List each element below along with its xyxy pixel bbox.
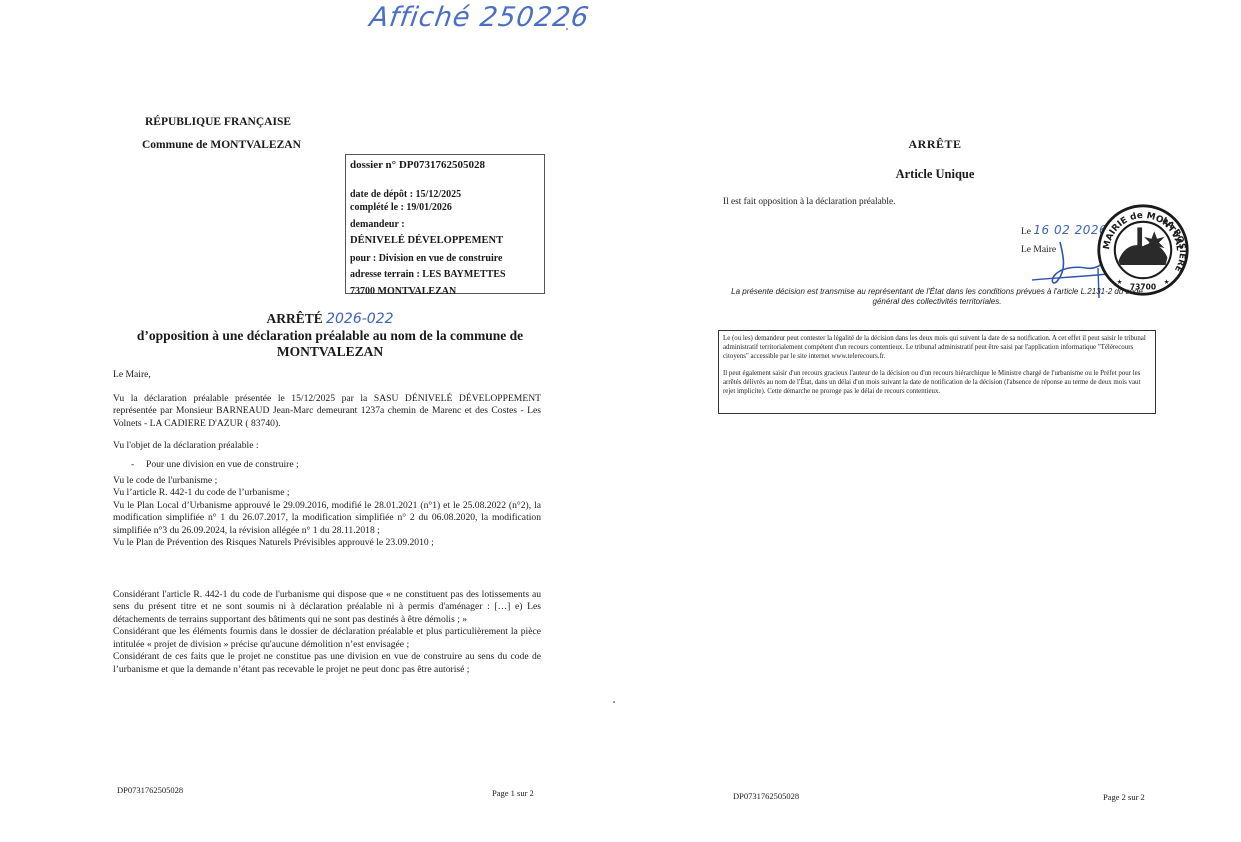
footer-reference: DP0731762505028 [733, 791, 799, 801]
arrete-heading: ARRÊTE [870, 137, 1000, 152]
dossier-number: dossier n° DP0731762505028 [350, 158, 540, 173]
land-city: 73700 MONTVALEZAN [350, 285, 540, 299]
vu-list: Vu le code de l'urbanisme ; Vu l’article… [113, 475, 541, 550]
commune-header: Commune de MONTVALEZAN [142, 139, 301, 151]
considerant-item: Considérant l'article R. 442-1 du code d… [113, 589, 541, 626]
scan-speck [566, 28, 568, 30]
svg-text:★: ★ [1117, 278, 1123, 286]
scan-speck [613, 701, 615, 703]
appeal-gracious-text: Il peut également saisir d'un recours gr… [723, 369, 1151, 397]
vu-objet: Vu l'objet de la déclaration préalable : [113, 440, 541, 452]
footer-page-number: Page 2 sur 2 [1103, 792, 1145, 802]
dossier-info-box: dossier n° DP0731762505028 date de dépôt… [345, 154, 545, 294]
decree-number-handwritten: 2026-022 [326, 311, 393, 327]
objet-item: -Pour une division en vue de construire … [131, 459, 299, 470]
appeal-contentious-text: Le (ou les) demandeur peut contester la … [723, 334, 1151, 362]
mayor-salutation: Le Maire, [113, 369, 541, 381]
decree-subtitle: d’opposition à une déclaration préalable… [110, 328, 550, 344]
decree-title: ARRÊTÉ 2026-022 d’opposition à une décla… [110, 311, 550, 360]
handwritten-posting-note: Affiché 250226 [368, 2, 592, 33]
vu-declaration: Vu la déclaration préalable présentée le… [113, 393, 541, 430]
completed-date: complété le : 19/01/2026 [350, 201, 540, 215]
applicant-name: DÉNIVELÉ DÉVELOPPEMENT [350, 234, 540, 248]
land-address: adresse terrain : LES BAYMETTES [350, 268, 540, 282]
vu-item: Vu l’article R. 442-1 du code de l’urban… [113, 487, 541, 499]
considerant-list: Considérant l'article R. 442-1 du code d… [113, 589, 541, 676]
svg-text:★: ★ [1164, 278, 1170, 286]
considerant-item: Considérant que les éléments fournis dan… [113, 626, 541, 651]
objet-item-text: Pour une division en vue de construire ; [146, 459, 299, 470]
purpose: pour : Division en vue de construire [350, 252, 540, 266]
article-heading: Article Unique [860, 167, 1010, 182]
republic-header: RÉPUBLIQUE FRANÇAISE [145, 116, 291, 128]
vu-item: Vu le code de l'urbanisme ; [113, 475, 541, 487]
footer-reference: DP0731762505028 [117, 785, 183, 795]
decree-heading: ARRÊTÉ [266, 311, 326, 326]
decision-text: Il est fait opposition à la déclaration … [723, 197, 895, 207]
appeal-rights-box: Le (ou les) demandeur peut contester la … [718, 330, 1156, 414]
vu-item: Vu le Plan de Prévention des Risques Nat… [113, 537, 541, 549]
deposit-date: date de dépôt : 15/12/2025 [350, 188, 540, 202]
vu-item: Vu le Plan Local d’Urbanisme approuvé le… [113, 500, 541, 537]
transmission-note: La présente décision est transmise au re… [722, 287, 1152, 308]
considerant-item: Considérant de ces faits que le projet n… [113, 651, 541, 676]
town-hall-stamp-icon: MAIRIE de MONTVALEZAN LA ROSIERE 73700 ★… [1096, 203, 1190, 297]
decree-commune: MONTVALEZAN [110, 344, 550, 360]
dash-bullet-icon: - [131, 459, 146, 470]
applicant-label: demandeur : [350, 218, 540, 232]
footer-page-number: Page 1 sur 2 [492, 788, 534, 798]
